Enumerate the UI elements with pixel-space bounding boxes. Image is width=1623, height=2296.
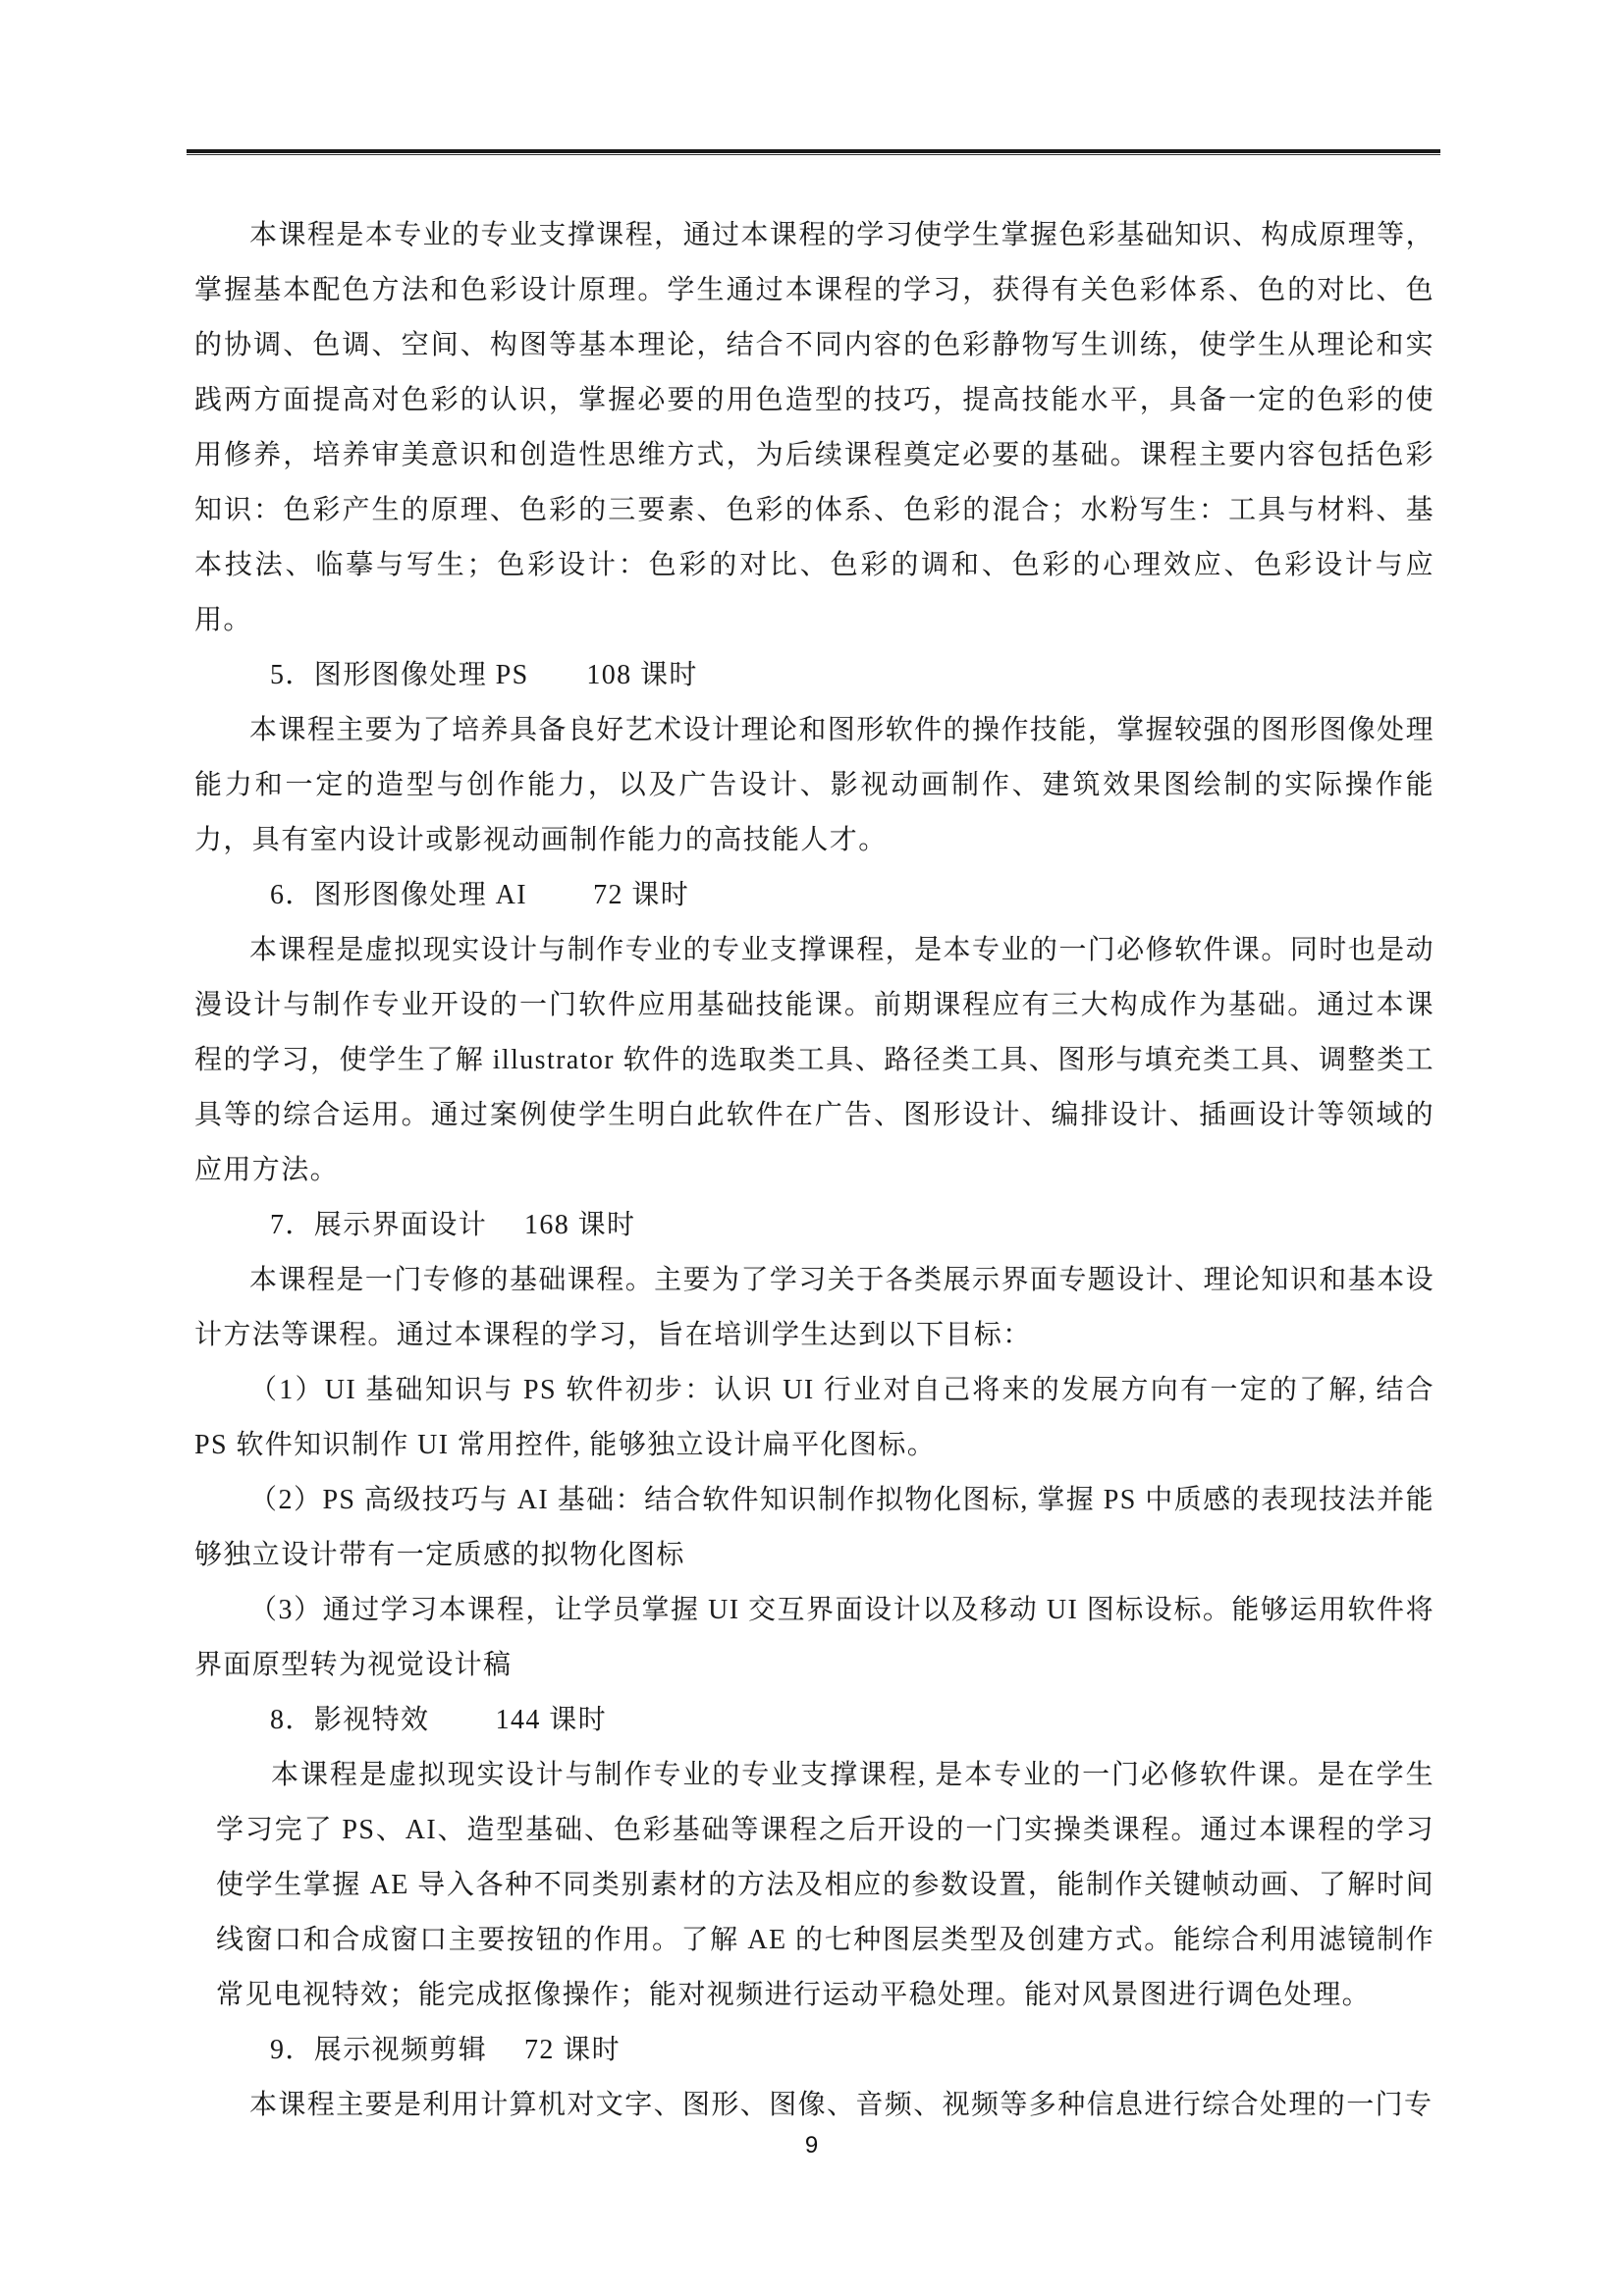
header-rule <box>187 149 1440 155</box>
course-8-paragraph: 本课程是虚拟现实设计与制作专业的专业支撑课程, 是本专业的一门必修软件课。是在学… <box>216 1748 1434 2023</box>
course-8-heading: 8．影视特效 144 课时 <box>194 1693 1434 1748</box>
course-7-objective-1: （1）UI 基础知识与 PS 软件初步：认识 UI 行业对自己将来的发展方向有一… <box>194 1363 1434 1473</box>
intro-paragraph: 本课程是本专业的专业支撑课程，通过本课程的学习使学生掌握色彩基础知识、构成原理等… <box>194 208 1434 648</box>
course-7-objective-2: （2）PS 高级技巧与 AI 基础：结合软件知识制作拟物化图标, 掌握 PS 中… <box>194 1473 1434 1583</box>
page-number: 9 <box>0 2131 1623 2160</box>
course-7-paragraph: 本课程是一门专修的基础课程。主要为了学习关于各类展示界面专题设计、理论知识和基本… <box>194 1253 1434 1363</box>
document-body: 本课程是本专业的专业支撑课程，通过本课程的学习使学生掌握色彩基础知识、构成原理等… <box>194 208 1434 2133</box>
course-6-paragraph: 本课程是虚拟现实设计与制作专业的专业支撑课程，是本专业的一门必修软件课。同时也是… <box>194 923 1434 1198</box>
course-7-objective-3: （3）通过学习本课程，让学员掌握 UI 交互界面设计以及移动 UI 图标设标。能… <box>194 1583 1434 1693</box>
course-5-paragraph: 本课程主要为了培养具备良好艺术设计理论和图形软件的操作技能，掌握较强的图形图像处… <box>194 703 1434 868</box>
course-5-heading: 5．图形图像处理 PS 108 课时 <box>194 648 1434 703</box>
course-6-heading: 6．图形图像处理 AI 72 课时 <box>194 868 1434 923</box>
course-9-paragraph: 本课程主要是利用计算机对文字、图形、图像、音频、视频等多种信息进行综合处理的一门… <box>194 2078 1434 2133</box>
course-7-heading: 7．展示界面设计 168 课时 <box>194 1198 1434 1253</box>
course-9-heading: 9．展示视频剪辑 72 课时 <box>194 2023 1434 2078</box>
document-page: 本课程是本专业的专业支撑课程，通过本课程的学习使学生掌握色彩基础知识、构成原理等… <box>0 0 1623 2296</box>
